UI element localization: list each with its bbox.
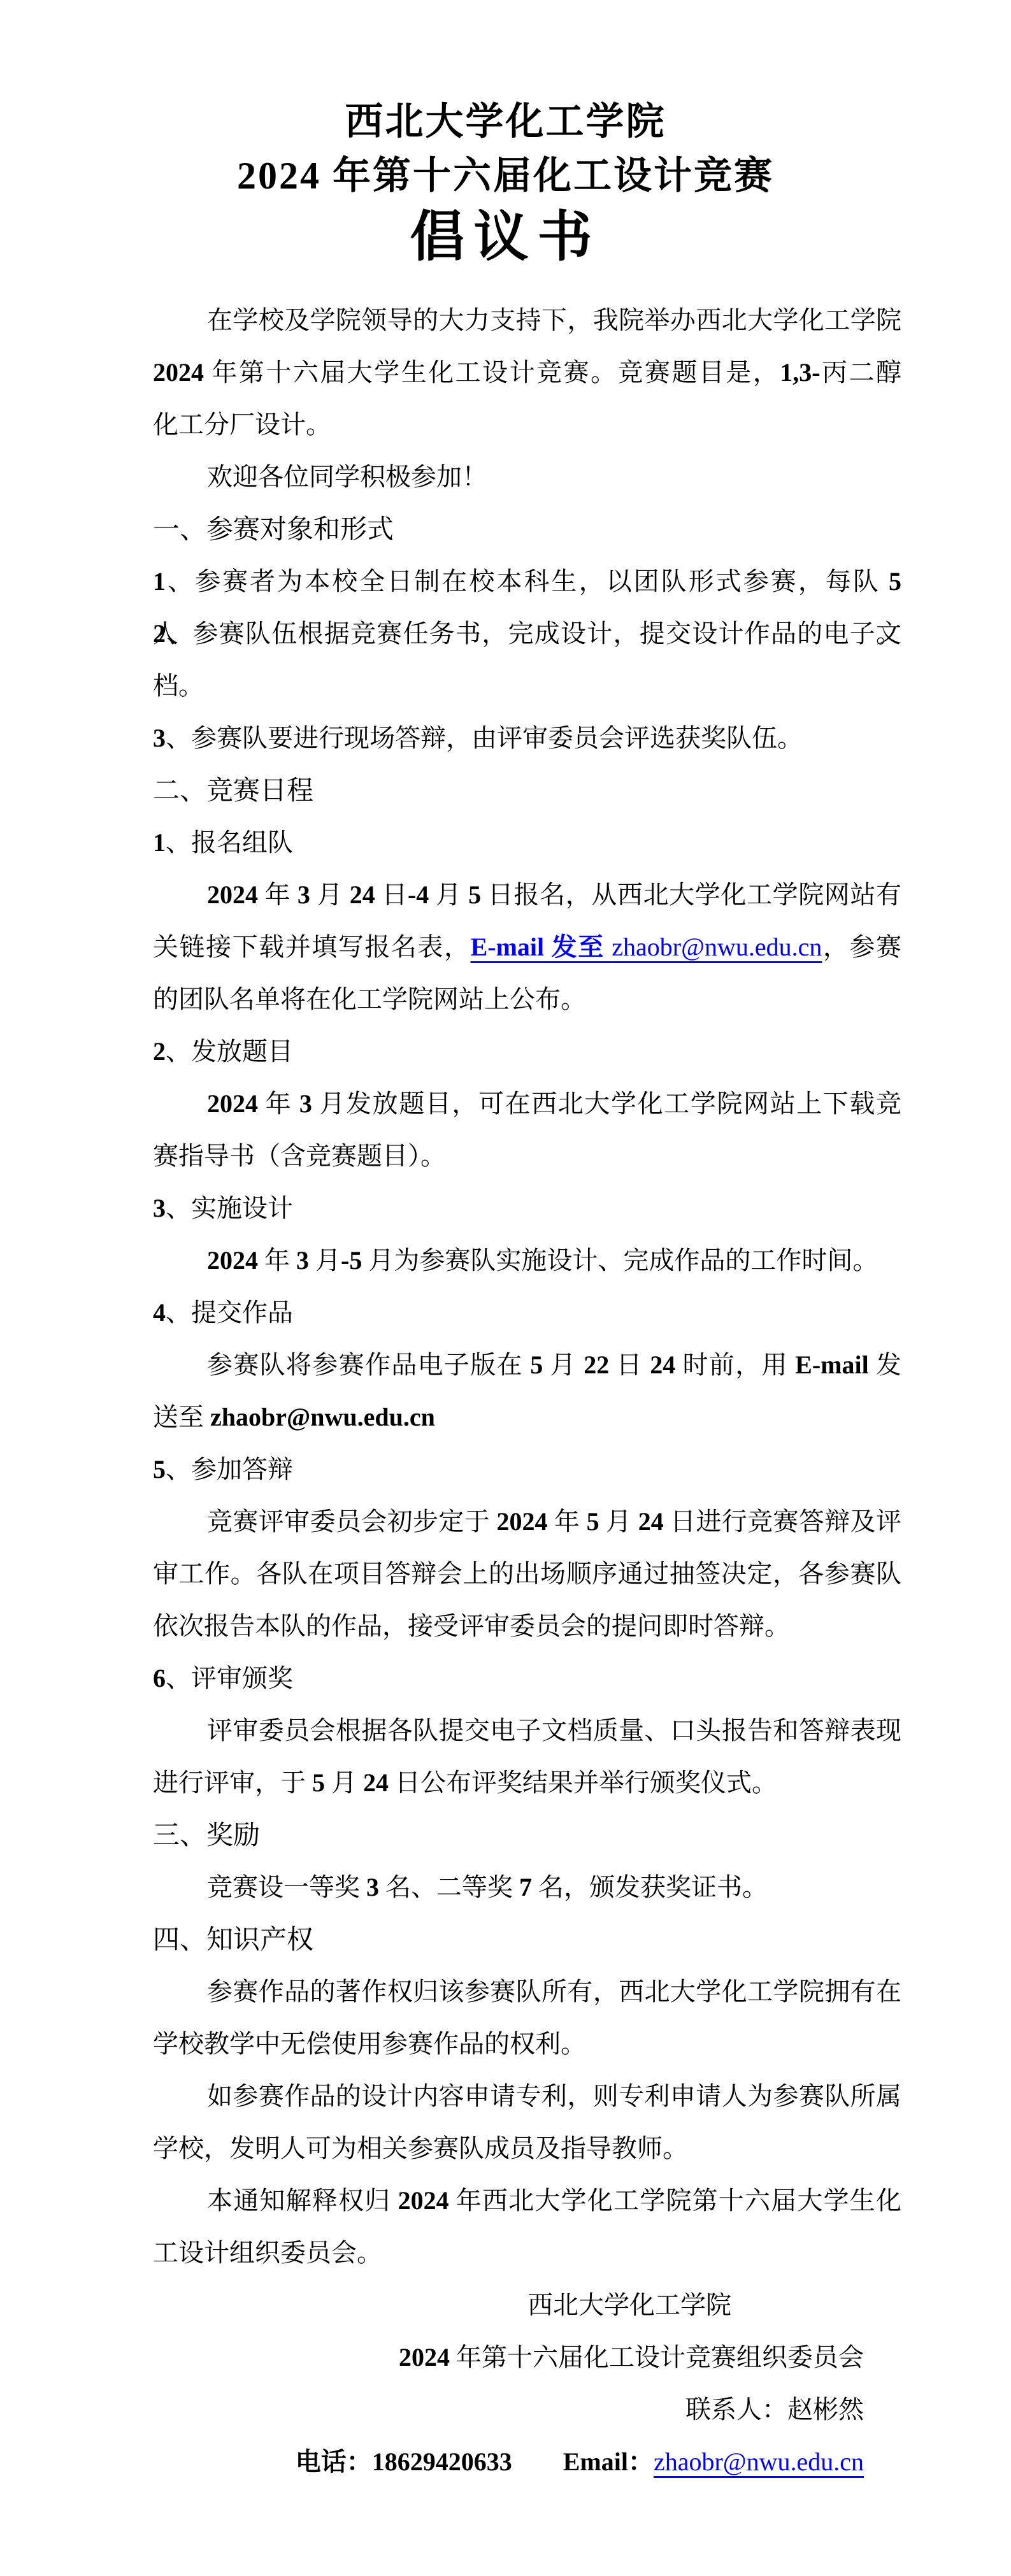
text-segment: 西北大学化工学院 — [527, 2291, 731, 2319]
document-line: 评审委员会根据各队提交电子文档质量、口头报告和答辩表现 — [153, 1705, 901, 1757]
text-segment: 月 — [325, 1768, 363, 1797]
text-segment: 5 — [530, 1350, 543, 1379]
text-segment: 5 — [468, 880, 481, 909]
document-line: 进行评审，于 5 月 24 日公布评奖结果并举行颁奖仪式。 — [153, 1757, 901, 1809]
text-segment: 3 — [153, 1194, 166, 1222]
text-segment: 三、奖励 — [153, 1820, 260, 1850]
text-segment: 学校，发明人可为相关参赛队成员及指导教师。 — [153, 2134, 688, 2163]
text-segment: 、评审颁奖 — [166, 1664, 293, 1692]
text-segment: 关链接下载并填写报名表， — [153, 933, 471, 961]
text-segment: 年 — [258, 880, 298, 909]
text-segment: 年 — [258, 1089, 299, 1118]
document-line: 2024 年 3 月-5 月为参赛队实施设计、完成作品的工作时间。 — [153, 1234, 901, 1287]
text-segment: 1,3- — [780, 358, 820, 387]
text-segment: 日进行竞赛答辩及评 — [664, 1507, 901, 1536]
text-segment: 竞赛设一等奖 — [207, 1873, 366, 1901]
text-segment: 3 — [366, 1873, 379, 1901]
document-line: 的团队名单将在化工学院网站上公布。 — [153, 973, 901, 1026]
document-line: 学校，发明人可为相关参赛队成员及指导教师。 — [153, 2122, 901, 2175]
text-segment: 年 — [547, 1507, 586, 1536]
text-segment: 联系人：赵彬然 — [685, 2395, 864, 2424]
text-segment: -5 — [341, 1246, 362, 1275]
text-segment: 化工分厂设计。 — [153, 410, 331, 439]
text-segment: 欢迎各位同学积极参加！ — [207, 462, 487, 491]
text-segment: 、提交作品 — [166, 1298, 293, 1327]
text-segment: 5 — [889, 567, 901, 596]
text-segment: 7 — [519, 1873, 532, 1901]
text-segment: 年 — [258, 1246, 296, 1275]
text-segment: 送至 — [153, 1403, 210, 1431]
document-line: 1、报名组队 — [153, 817, 901, 869]
text-segment: 日 — [375, 880, 408, 909]
document-line: 本通知解释权归 2024 年西北大学化工学院第十六届大学生化 — [153, 2175, 901, 2227]
text-segment: 2024 — [496, 1507, 547, 1536]
document-line: 化工分厂设计。 — [153, 399, 901, 451]
doc-title-college: 西北大学化工学院 — [0, 94, 1011, 149]
text-segment: 2024 — [398, 2186, 449, 2215]
email-link[interactable]: zhaobr@nwu.edu.cn — [654, 2447, 864, 2476]
text-segment: 如参赛作品的设计内容申请专利，则专利申请人为参赛队所属 — [207, 2082, 901, 2110]
document-line: 送至 zhaobr@nwu.edu.cn — [153, 1391, 901, 1443]
text-segment — [512, 2447, 563, 2476]
text-segment: 日 — [609, 1350, 650, 1379]
text-segment: 名、二等奖 — [379, 1873, 519, 1901]
text-segment: 依次报告本队的作品，接受评审委员会的提问即时答辩。 — [153, 1612, 790, 1640]
text-segment: 赛指导书（含竞赛题目）。 — [153, 1141, 446, 1170]
text-segment: 、参赛者为本校全日制在校本科生，以团队形式参赛，每队 — [166, 567, 889, 596]
text-segment: 3 — [299, 1089, 312, 1118]
text-segment: -4 — [408, 880, 429, 909]
text-segment: 2 — [153, 619, 166, 648]
text-segment: 、实施设计 — [166, 1194, 293, 1222]
signature-committee: 2024 年第十六届化工设计竞赛组织委员会 — [153, 2331, 901, 2384]
text-segment: 6 — [153, 1664, 166, 1692]
text-segment: 在学校及学院领导的大力支持下，我院举办西北大学化工学院 — [207, 306, 901, 334]
document-line: 档。 — [153, 660, 901, 712]
text-segment: 月 — [543, 1350, 584, 1379]
text-segment: 3 — [296, 1246, 309, 1275]
text-segment: 审工作。各队在项目答辩会上的出场顺序通过抽签决定，各参赛队 — [153, 1559, 901, 1588]
text-segment: 竞赛评审委员会初步定于 — [207, 1507, 496, 1536]
text-segment: 的团队名单将在化工学院网站上公布。 — [153, 985, 586, 1013]
document-line: 3、参赛队要进行现场答辩，由评审委员会评选获奖队伍。 — [153, 712, 901, 764]
text-segment: 日公布评奖结果并举行颁奖仪式。 — [389, 1768, 777, 1797]
text-segment: zhaobr@nwu.edu.cn — [210, 1403, 435, 1431]
text-segment: 名，颁发获奖证书。 — [532, 1873, 768, 1901]
document-line: 2、参赛队伍根据竞赛任务书，完成设计，提交设计作品的电子文 — [153, 608, 901, 660]
text-segment: 年第十六届大学生化工设计竞赛。竞赛题目是， — [204, 358, 780, 387]
doc-title-proposal: 倡议书 — [0, 201, 1011, 273]
email-link[interactable]: E-mail 发至 — [471, 933, 612, 961]
text-segment: 、报名组队 — [166, 828, 293, 857]
text-segment: 丙二醇 — [821, 358, 901, 387]
document-line: 1、参赛者为本校全日制在校本科生，以团队形式参赛，每队 5 人。 — [153, 555, 901, 608]
text-segment: 本通知解释权归 — [207, 2186, 398, 2215]
document-line: 赛指导书（含竞赛题目）。 — [153, 1130, 901, 1182]
document-line: 2、发放题目 — [153, 1026, 901, 1078]
text-segment: 3 — [298, 880, 310, 909]
text-segment: 月为参赛队实施设计、完成作品的工作时间。 — [362, 1246, 878, 1275]
document-line: 在学校及学院领导的大力支持下，我院举办西北大学化工学院 — [153, 294, 901, 347]
text-segment: 5 — [312, 1768, 325, 1797]
text-segment: 24 — [650, 1350, 675, 1379]
text-segment: 发 — [869, 1350, 901, 1379]
text-segment: 2024 — [207, 880, 258, 909]
text-segment: 月 — [309, 1246, 341, 1275]
doc-title-competition: 2024 年第十六届化工设计竞赛 — [0, 148, 1011, 203]
text-segment: 22 — [584, 1350, 609, 1379]
text-segment: 2 — [153, 1037, 166, 1066]
document-line: 参赛作品的著作权归该参赛队所有，西北大学化工学院拥有在 — [153, 1966, 901, 2018]
document-line: 欢迎各位同学积极参加！ — [153, 451, 901, 503]
text-segment: 24 — [350, 880, 375, 909]
document-line: 4、提交作品 — [153, 1287, 901, 1339]
text-segment: 、参赛队要进行现场答辩，由评审委员会评选获奖队伍。 — [166, 724, 803, 752]
text-segment: 工设计组织委员会。 — [153, 2238, 382, 2267]
text-segment: 、参加答辩 — [166, 1455, 293, 1484]
document-line: 竞赛设一等奖 3 名、二等奖 7 名，颁发获奖证书。 — [153, 1861, 901, 1914]
document-line: 2024 年 3 月发放题目，可在西北大学化工学院网站上下载竞 — [153, 1078, 901, 1130]
signature-college: 西北大学化工学院 — [153, 2279, 901, 2331]
text-segment: 年第十六届化工设计竞赛组织委员会 — [450, 2343, 864, 2372]
text-segment: 4 — [153, 1298, 166, 1327]
document-line: 6、评审颁奖 — [153, 1652, 901, 1705]
document-line: 5、参加答辩 — [153, 1443, 901, 1496]
text-segment: 二、竞赛日程 — [153, 775, 313, 805]
document-line: 关链接下载并填写报名表，E-mail 发至 zhaobr@nwu.edu.cn，… — [153, 921, 901, 973]
text-segment: 24 — [638, 1507, 664, 1536]
text-segment: Email： — [563, 2447, 654, 2476]
text-segment: 1 — [153, 567, 166, 596]
text-segment: 年西北大学化工学院第十六届大学生化 — [449, 2186, 901, 2215]
text-segment: 月 — [310, 880, 350, 909]
document-line: 学校教学中无偿使用参赛作品的权利。 — [153, 2018, 901, 2070]
document-line: 工设计组织委员会。 — [153, 2227, 901, 2279]
text-segment: 2024 — [207, 1246, 258, 1275]
document-line: 3、实施设计 — [153, 1182, 901, 1234]
text-segment: 参赛作品的著作权归该参赛队所有，西北大学化工学院拥有在 — [207, 1977, 901, 2006]
document-line: 参赛队将参赛作品电子版在 5 月 22 日 24 时前，用 E-mail 发 — [153, 1339, 901, 1391]
document-body: 在学校及学院领导的大力支持下，我院举办西北大学化工学院2024 年第十六届大学生… — [153, 294, 901, 2488]
text-segment: 1 — [153, 828, 166, 857]
text-segment: 2024 — [207, 1089, 258, 1118]
text-segment: ，参赛 — [822, 933, 901, 961]
text-segment: E-mail — [795, 1350, 869, 1379]
email-link[interactable]: zhaobr@nwu.edu.cn — [612, 933, 822, 961]
text-segment: 月 — [599, 1507, 638, 1536]
text-segment: 月 — [429, 880, 468, 909]
text-segment: 5 — [153, 1455, 166, 1484]
contact-person-line: 联系人：赵彬然 — [153, 2384, 901, 2436]
section-heading-1: 一、参赛对象和形式 — [153, 503, 901, 555]
text-segment: 、参赛队伍根据竞赛任务书，完成设计，提交设计作品的电子文 — [166, 619, 901, 648]
document-line: 依次报告本队的作品，接受评审委员会的提问即时答辩。 — [153, 1600, 901, 1652]
text-segment: 电话： — [296, 2447, 372, 2476]
text-segment: 、发放题目 — [166, 1037, 293, 1066]
text-segment: 5 — [587, 1507, 599, 1536]
section-heading-2: 二、竞赛日程 — [153, 764, 901, 817]
text-segment: 一、参赛对象和形式 — [153, 514, 394, 544]
text-segment: 2024 — [399, 2343, 450, 2372]
text-segment: 日报名，从西北大学化工学院网站有 — [481, 880, 901, 909]
document-page: 西北大学化工学院 2024 年第十六届化工设计竞赛 倡议书 在学校及学院领导的大… — [0, 0, 1011, 2576]
text-segment: 24 — [363, 1768, 389, 1797]
text-segment: 档。 — [153, 671, 204, 700]
contact-phone-email-line: 电话：18629420633 Email：zhaobr@nwu.edu.cn — [153, 2436, 901, 2488]
text-segment: 进行评审，于 — [153, 1768, 312, 1797]
document-line: 竞赛评审委员会初步定于 2024 年 5 月 24 日进行竞赛答辩及评 — [153, 1496, 901, 1548]
section-heading-3: 三、奖励 — [153, 1809, 901, 1861]
text-segment: 3 — [153, 724, 166, 752]
text-segment: 参赛队将参赛作品电子版在 — [207, 1350, 530, 1379]
text-segment: 评审委员会根据各队提交电子文档质量、口头报告和答辩表现 — [207, 1716, 901, 1745]
text-segment: 2024 — [153, 358, 204, 387]
document-line: 审工作。各队在项目答辩会上的出场顺序通过抽签决定，各参赛队 — [153, 1548, 901, 1600]
document-line: 如参赛作品的设计内容申请专利，则专利申请人为参赛队所属 — [153, 2070, 901, 2122]
text-segment: 时前，用 — [675, 1350, 795, 1379]
document-line: 2024 年 3 月 24 日-4 月 5 日报名，从西北大学化工学院网站有 — [153, 869, 901, 921]
text-segment: 18629420633 — [372, 2447, 512, 2476]
text-segment: 月发放题目，可在西北大学化工学院网站上下载竞 — [312, 1089, 901, 1118]
text-segment: 学校教学中无偿使用参赛作品的权利。 — [153, 2029, 586, 2058]
section-heading-4: 四、知识产权 — [153, 1914, 901, 1966]
text-segment: 四、知识产权 — [153, 1924, 313, 1954]
document-line: 2024 年第十六届大学生化工设计竞赛。竞赛题目是，1,3-丙二醇 — [153, 347, 901, 399]
